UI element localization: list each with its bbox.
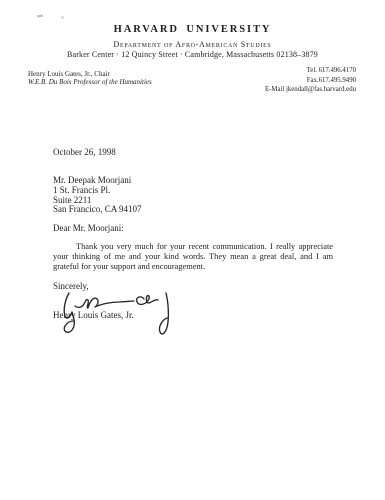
scan-artifact-mark [37,15,43,18]
tel-line: Tel. 617.496.4170 [265,66,356,76]
recipient-address-block: Mr. Deepak Moorjani 1 St. Francis Pl. Su… [53,176,142,215]
letter-page: HARVARD UNIVERSITY Department of Afro-Am… [0,0,385,500]
recipient-city: San Francico, CA 94107 [53,205,142,215]
chair-block: Henry Louis Gates, Jr., Chair W.E.B. Du … [28,70,152,86]
contact-block: Tel. 617.496.4170 Fax.617.495.9490 E-Mai… [265,66,356,95]
body-paragraph: Thank you very much for your recent comm… [53,242,333,271]
chair-name: Henry Louis Gates, Jr., Chair [28,70,152,78]
fax-line: Fax.617.495.9490 [265,76,356,86]
letterhead-contact-row: Henry Louis Gates, Jr., Chair W.E.B. Du … [28,66,356,95]
email-line: E-Mail jkendall@fas.harvard.edu [265,85,356,95]
university-name: HARVARD UNIVERSITY [0,24,385,35]
signature-handwriting-icon [55,287,180,342]
scan-artifact-dot [61,16,64,19]
letter-date: October 26, 1998 [53,147,116,157]
letterhead-address-line: Barker Center · 12 Quincy Street · Cambr… [0,50,385,59]
chair-title: W.E.B. Du Bois Professor of the Humaniti… [28,78,152,86]
salutation: Dear Mr. Moorjani: [53,223,124,233]
department-name: Department of Afro-American Studies [0,40,385,49]
